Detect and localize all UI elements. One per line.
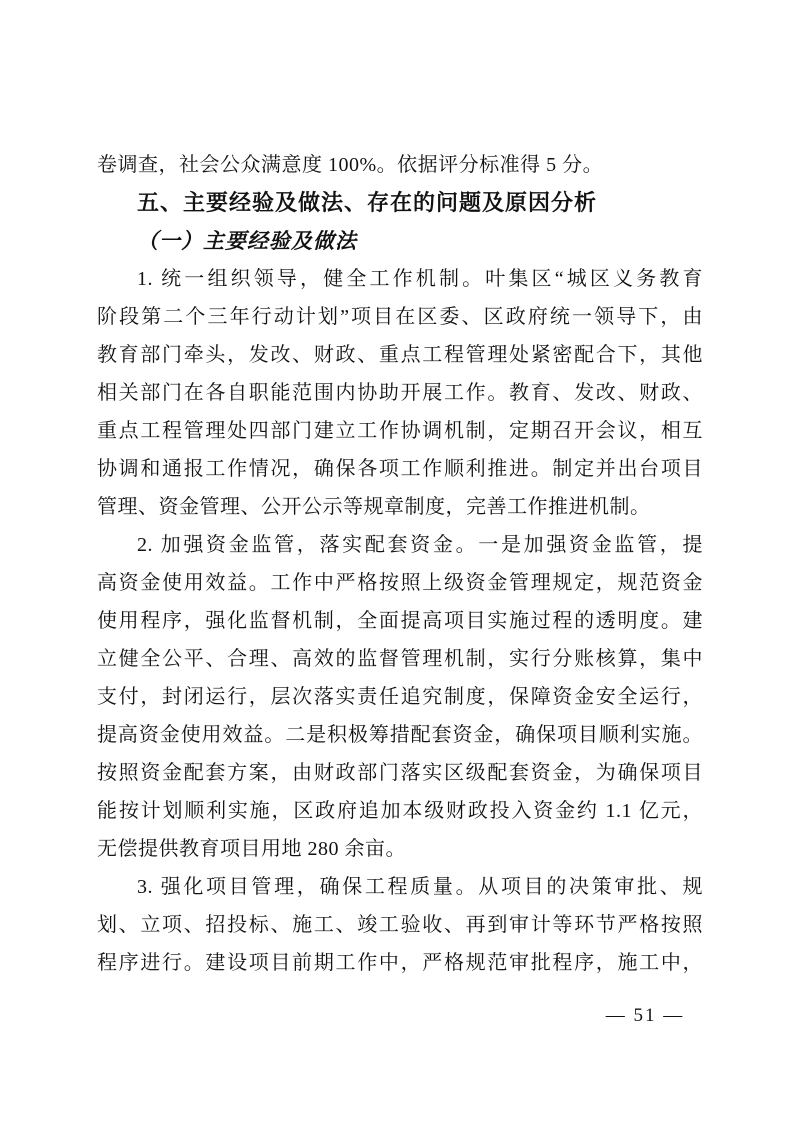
paragraph-line: 管理、资金管理、公开公示等规章制度，完善工作推进机制。 [97, 488, 703, 526]
paragraph-line: 3. 强化项目管理，确保工程质量。从项目的决策审批、规 [97, 868, 703, 906]
paragraph-line: 协调和通报工作情况，确保各项工作顺利推进。制定并出台项目 [97, 450, 703, 488]
paragraph-line: 1. 统一组织领导，健全工作机制。叶集区“城区义务教育 [97, 260, 703, 298]
paragraph-line: 卷调查，社会公众满意度 100%。依据评分标准得 5 分。 [97, 146, 703, 184]
paragraph-line: 程序进行。建设项目前期工作中，严格规范审批程序，施工中， [97, 944, 703, 982]
document-page: 卷调查，社会公众满意度 100%。依据评分标准得 5 分。 五、主要经验及做法、… [0, 0, 793, 1122]
paragraph-line: 按照资金配套方案，由财政部门落实区级配套资金，为确保项目 [97, 754, 703, 792]
paragraph-line: 阶段第二个三年行动计划”项目在区委、区政府统一领导下，由 [97, 298, 703, 336]
paragraph-line: 无偿提供教育项目用地 280 余亩。 [97, 830, 703, 868]
paragraph-line: 教育部门牵头，发改、财政、重点工程管理处紧密配合下，其他 [97, 336, 703, 374]
page-number: — 51 — [575, 997, 715, 1035]
paragraph-line: 2. 加强资金监管，落实配套资金。一是加强资金监管，提 [97, 526, 703, 564]
paragraph-line: 划、立项、招投标、施工、竣工验收、再到审计等环节严格按照 [97, 906, 703, 944]
paragraph-line: 高资金使用效益。工作中严格按照上级资金管理规定，规范资金 [97, 564, 703, 602]
paragraph-line: 支付，封闭运行，层次落实责任追究制度，保障资金安全运行， [97, 678, 703, 716]
paragraph-line: 使用程序，强化监督机制，全面提高项目实施过程的透明度。建 [97, 602, 703, 640]
sub-heading: （一）主要经验及做法 [97, 222, 703, 260]
paragraph-line: 重点工程管理处四部门建立工作协调机制，定期召开会议，相互 [97, 412, 703, 450]
paragraph-line: 相关部门在各自职能范围内协助开展工作。教育、发改、财政、 [97, 374, 703, 412]
paragraph-line: 提高资金使用效益。二是积极筹措配套资金，确保项目顺利实施。 [97, 716, 703, 754]
document-body: 卷调查，社会公众满意度 100%。依据评分标准得 5 分。 五、主要经验及做法、… [97, 146, 703, 982]
paragraph-line: 能按计划顺利实施，区政府追加本级财政投入资金约 1.1 亿元， [97, 792, 703, 830]
section-heading: 五、主要经验及做法、存在的问题及原因分析 [97, 184, 703, 222]
paragraph-line: 立健全公平、合理、高效的监督管理机制，实行分账核算，集中 [97, 640, 703, 678]
